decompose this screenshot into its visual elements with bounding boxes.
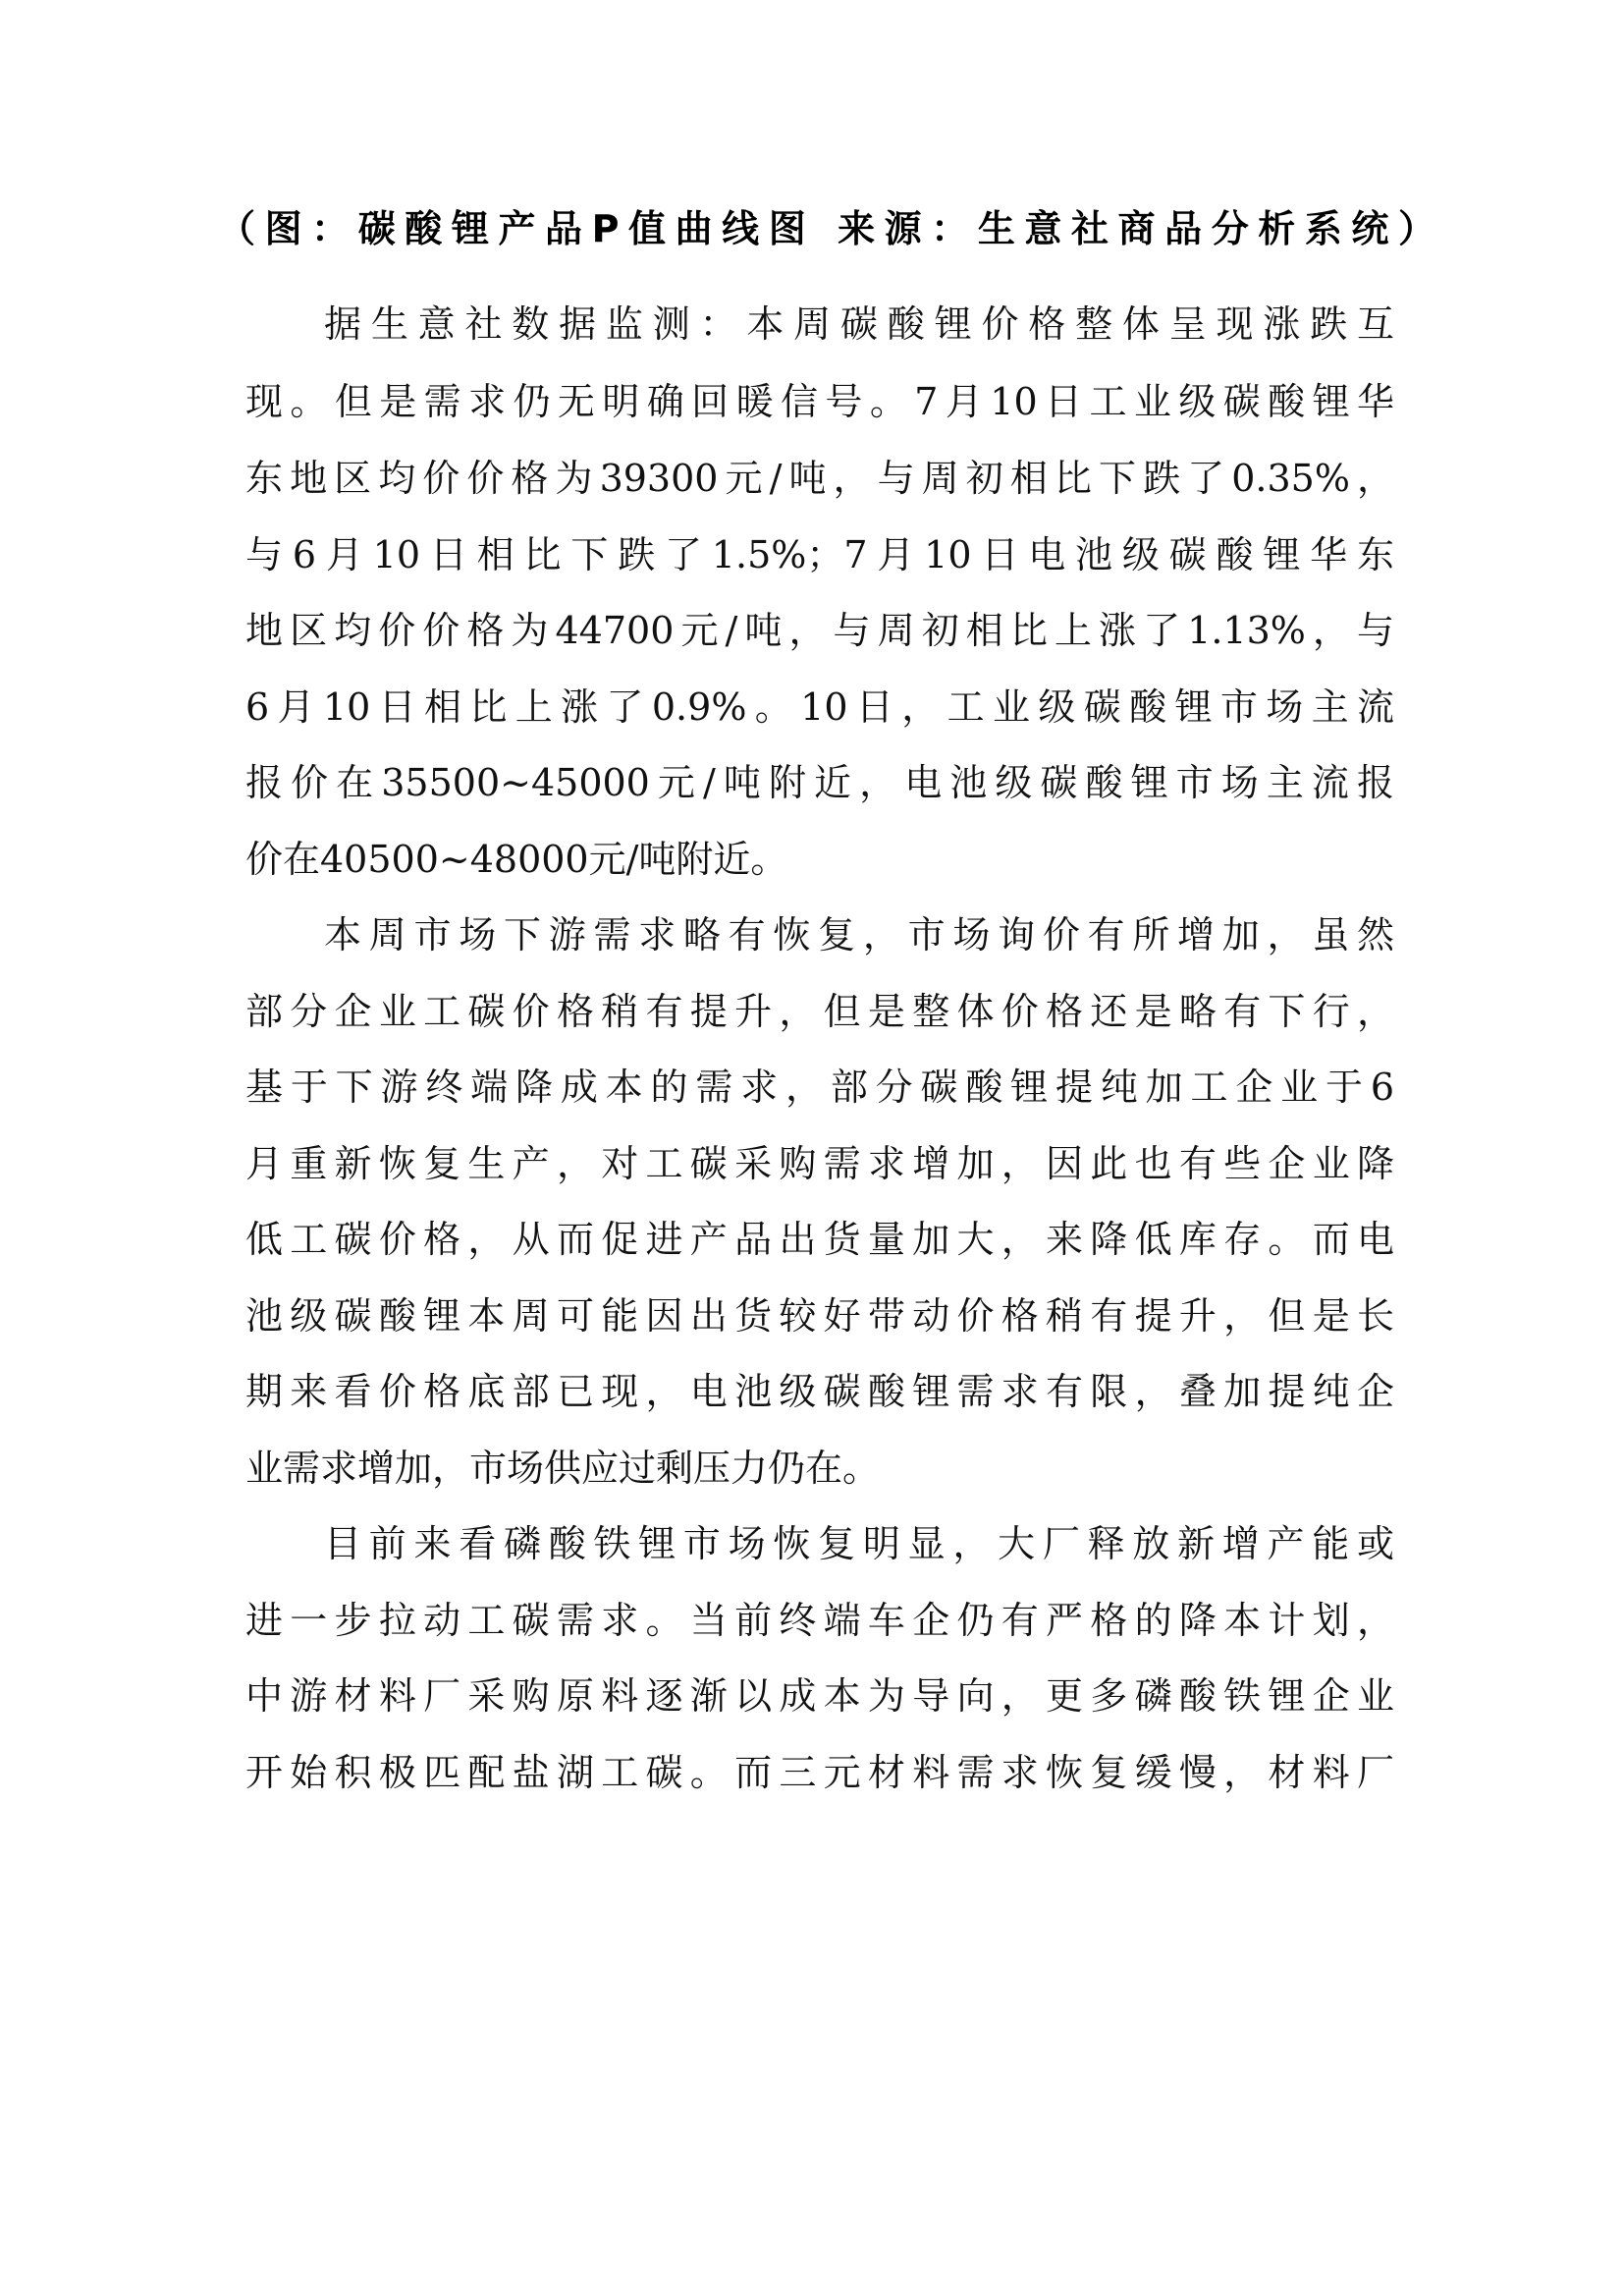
paragraph-line: 据生意社数据监测：本周碳酸锂价格整体呈现涨跌互 [324, 300, 1394, 349]
paragraph-line: 现。但是需求仍无明确回暖信号。7月10日工业级碳酸锂华 [245, 377, 1394, 426]
paragraph-line: 池级碳酸锂本周可能因出货较好带动价格稍有提升，但是长 [245, 1291, 1394, 1340]
paragraph-line: 部分企业工碳价格稍有提升，但是整体价格还是略有下行， [245, 987, 1394, 1036]
paragraph-line: 基于下游终端降成本的需求，部分碳酸锂提纯加工企业于6 [245, 1063, 1394, 1112]
paragraph-line: 与6月10日相比下跌了1.5%；7月10日电池级碳酸锂华东 [245, 530, 1394, 579]
paragraph-line: 目前来看磷酸铁锂市场恢复明显，大厂释放新增产能或 [324, 1519, 1394, 1568]
paragraph-line: 中游材料厂采购原料逐渐以成本为导向，更多磷酸铁锂企业 [245, 1671, 1394, 1721]
paragraph-line: 业需求增加，市场供应过剩压力仍在。 [245, 1444, 1394, 1493]
paragraph-line: 本周市场下游需求略有恢复，市场询价有所增加，虽然 [324, 910, 1394, 959]
paragraph-line: 东地区均价价格为39300元/吨，与周初相比下跌了0.35%， [245, 454, 1394, 503]
paragraph-line: 报价在35500~45000元/吨附近，电池级碳酸锂市场主流报 [245, 758, 1394, 807]
paragraph-line: 6月10日相比上涨了0.9%。10日，工业级碳酸锂市场主流 [245, 683, 1394, 732]
paragraph-line: 地区均价价格为44700元/吨，与周初相比上涨了1.13%，与 [245, 606, 1394, 655]
paragraph-line: 低工碳价格，从而促进产品出货量加大，来降低库存。而电 [245, 1215, 1394, 1264]
paragraph-line: 期来看价格底部已现，电池级碳酸锂需求有限，叠加提纯企 [245, 1367, 1394, 1416]
document-page: （图：碳酸锂产品P值曲线图 来源：生意社商品分析系统） 据生意社数据监测：本周碳… [0, 0, 1623, 2296]
paragraph-line: 进一步拉动工碳需求。当前终端车企仍有严格的降本计划， [245, 1596, 1394, 1645]
figure-caption: （图：碳酸锂产品P值曲线图 来源：生意社商品分析系统） [218, 201, 1435, 256]
paragraph-line: 开始积极匹配盐湖工碳。而三元材料需求恢复缓慢，材料厂 [245, 1748, 1394, 1797]
paragraph-line: 价在40500~48000元/吨附近。 [245, 835, 1394, 884]
paragraph-line: 月重新恢复生产，对工碳采购需求增加，因此也有些企业降 [245, 1139, 1394, 1188]
